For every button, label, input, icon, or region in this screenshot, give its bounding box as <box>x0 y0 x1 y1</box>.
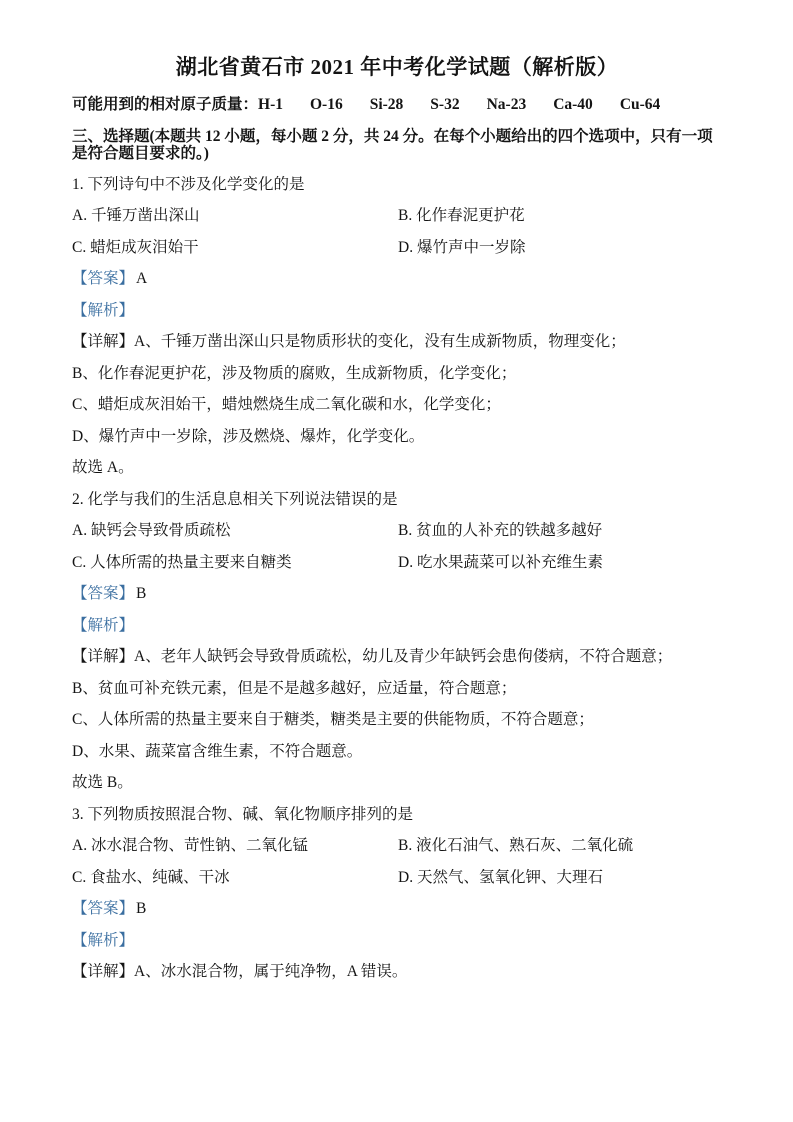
option-b: B. 贫血的人补充的铁越多越好 <box>398 522 722 540</box>
atomic-mass-label: 可能用到的相对原子质量： <box>72 96 258 113</box>
conclusion-line: 故选 A。 <box>72 459 722 477</box>
section-header: 三、选择题(本题共 12 小题，每小题 2 分，共 24 分。在每个小题给出的四… <box>72 128 722 163</box>
option-a: A. 缺钙会导致骨质疏松 <box>72 522 398 540</box>
analysis-line: 【解析】 <box>72 617 722 635</box>
detail-marker: 【详解】 <box>72 963 134 980</box>
answer-line: 【答案】B <box>72 900 722 918</box>
option-a: A. 千锤万凿出深山 <box>72 207 398 225</box>
analysis-marker: 【解析】 <box>72 932 134 949</box>
question-options: A. 千锤万凿出深山 B. 化作春泥更护花 C. 蜡炬成灰泪始干 D. 爆竹声中… <box>72 207 722 256</box>
detail-text: A、冰水混合物，属于纯净物，A 错误。 <box>134 963 407 980</box>
answer-line: 【答案】A <box>72 270 722 288</box>
detail-line: D、爆竹声中一岁除，涉及燃烧、爆炸，化学变化。 <box>72 428 722 446</box>
option-b: B. 化作春泥更护花 <box>398 207 722 225</box>
detail-line: 【详解】A、冰水混合物，属于纯净物，A 错误。 <box>72 963 722 981</box>
option-c: C. 蜡炬成灰泪始干 <box>72 239 398 257</box>
analysis-line: 【解析】 <box>72 932 722 950</box>
detail-text: A、老年人缺钙会导致骨质疏松，幼儿及青少年缺钙会患佝偻病，不符合题意； <box>134 648 672 665</box>
question-stem: 2. 化学与我们的生活息息相关下列说法错误的是 <box>72 491 722 509</box>
detail-line: 【详解】A、老年人缺钙会导致骨质疏松，幼儿及青少年缺钙会患佝偻病，不符合题意； <box>72 648 722 666</box>
atomic-mass-value: H-1 <box>258 96 283 114</box>
conclusion-line: 故选 B。 <box>72 774 722 792</box>
option-a: A. 冰水混合物、苛性钠、二氧化锰 <box>72 837 398 855</box>
detail-text: A、千锤万凿出深山只是物质形状的变化，没有生成新物质，物理变化； <box>134 333 626 350</box>
question-stem: 1. 下列诗句中不涉及化学变化的是 <box>72 176 722 194</box>
detail-line: D、水果、蔬菜富含维生素，不符合题意。 <box>72 743 722 761</box>
detail-line: C、人体所需的热量主要来自于糖类，糖类是主要的供能物质，不符合题意； <box>72 711 722 729</box>
question-3: 3. 下列物质按照混合物、碱、氧化物顺序排列的是 A. 冰水混合物、苛性钠、二氧… <box>72 806 722 981</box>
detail-line: 【详解】A、千锤万凿出深山只是物质形状的变化，没有生成新物质，物理变化； <box>72 333 722 351</box>
option-c: C. 食盐水、纯碱、干冰 <box>72 869 398 887</box>
detail-line: B、化作春泥更护花，涉及物质的腐败，生成新物质，化学变化； <box>72 365 722 383</box>
exam-document-page: 湖北省黄石市 2021 年中考化学试题（解析版） 可能用到的相对原子质量：H-1… <box>0 0 793 981</box>
atomic-mass-line: 可能用到的相对原子质量：H-1O-16Si-28S-32Na-23Ca-40Cu… <box>72 96 722 114</box>
detail-marker: 【详解】 <box>72 333 134 350</box>
detail-marker: 【详解】 <box>72 648 134 665</box>
analysis-marker: 【解析】 <box>72 617 134 634</box>
option-b: B. 液化石油气、熟石灰、二氧化硫 <box>398 837 722 855</box>
atomic-mass-value: Na-23 <box>487 96 527 114</box>
atomic-mass-value: Si-28 <box>370 96 404 114</box>
question-options: A. 冰水混合物、苛性钠、二氧化锰 B. 液化石油气、熟石灰、二氧化硫 C. 食… <box>72 837 722 886</box>
question-1: 1. 下列诗句中不涉及化学变化的是 A. 千锤万凿出深山 B. 化作春泥更护花 … <box>72 176 722 477</box>
answer-marker: 【答案】 <box>72 900 134 917</box>
atomic-mass-value: Ca-40 <box>553 96 593 114</box>
question-2: 2. 化学与我们的生活息息相关下列说法错误的是 A. 缺钙会导致骨质疏松 B. … <box>72 491 722 792</box>
option-c: C. 人体所需的热量主要来自糖类 <box>72 554 398 572</box>
document-title: 湖北省黄石市 2021 年中考化学试题（解析版） <box>72 54 722 80</box>
question-stem: 3. 下列物质按照混合物、碱、氧化物顺序排列的是 <box>72 806 722 824</box>
answer-letter: A <box>134 270 147 287</box>
atomic-mass-value: S-32 <box>430 96 459 114</box>
detail-line: B、贫血可补充铁元素，但是不是越多越好，应适量，符合题意； <box>72 680 722 698</box>
answer-marker: 【答案】 <box>72 585 134 602</box>
answer-marker: 【答案】 <box>72 270 134 287</box>
option-d: D. 天然气、氢氧化钾、大理石 <box>398 869 722 887</box>
answer-letter: B <box>134 585 146 602</box>
option-d: D. 爆竹声中一岁除 <box>398 239 722 257</box>
atomic-mass-value: Cu-64 <box>620 96 660 114</box>
answer-line: 【答案】B <box>72 585 722 603</box>
answer-letter: B <box>134 900 146 917</box>
detail-line: C、蜡炬成灰泪始干，蜡烛燃烧生成二氧化碳和水，化学变化； <box>72 396 722 414</box>
question-options: A. 缺钙会导致骨质疏松 B. 贫血的人补充的铁越多越好 C. 人体所需的热量主… <box>72 522 722 571</box>
analysis-marker: 【解析】 <box>72 302 134 319</box>
analysis-line: 【解析】 <box>72 302 722 320</box>
atomic-mass-value: O-16 <box>310 96 343 114</box>
option-d: D. 吃水果蔬菜可以补充维生素 <box>398 554 722 572</box>
